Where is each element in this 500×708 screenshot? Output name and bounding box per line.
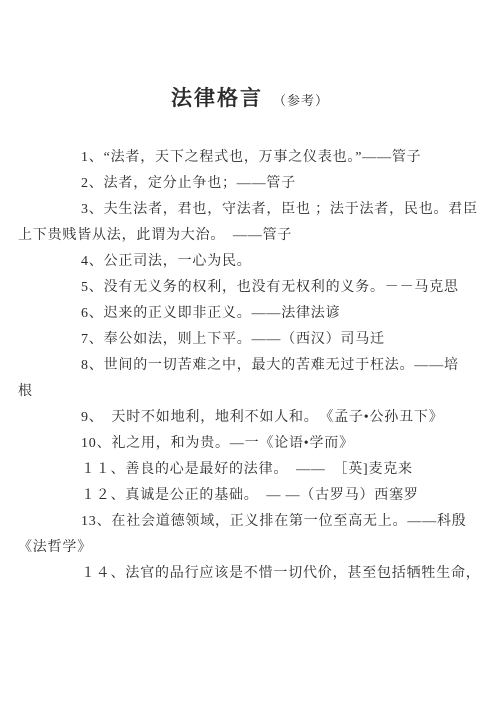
maxim-line-14: １４、法官的品行应该是不惜一切代价，甚至包括牺牲生命， <box>18 561 488 587</box>
maxim-line-10: 10、礼之用，和为贵。—一《论语•学而》 <box>18 431 488 457</box>
maxim-line-4: 4、公正司法，一心为民。 <box>18 249 488 275</box>
maxim-line-5: 5、没有无义务的权利，也没有无权利的义务。－－马克思 <box>18 275 488 301</box>
maxim-line-12: １２、真诚是公正的基础。 — —（古罗马）西塞罗 <box>18 483 488 509</box>
page-title-suffix: （参考） <box>273 93 329 108</box>
document-title: 法律格言（参考） <box>0 86 500 111</box>
document-page: 法律格言（参考） 1、“法者，天下之程式也，万事之仪表也。”——管子 2、法者，… <box>0 0 500 708</box>
maxim-line-8: 8、世间的一切苦难之中，最大的苦难无过于枉法。——培 <box>18 353 488 379</box>
maxim-line-9: 9、 天时不如地利，地利不如人和。 《孟子•公孙丑下》 <box>18 405 488 431</box>
maxim-line-2: 2、法者，定分止争也；——管子 <box>18 171 488 197</box>
maxim-line-3-wrap: 上下贵贱皆从法，此谓为大治。 ——管子 <box>18 223 488 249</box>
maxim-line-3: 3、夫生法者，君也，守法者，臣也 ；法于法者，民也。君臣 <box>18 197 488 223</box>
maxim-line-13: 13、在社会道德领域，正义排在第一位至高无上。——科殷 <box>18 509 488 535</box>
page-title: 法律格言 <box>171 86 263 110</box>
maxim-line-6: 6、迟来的正义即非正义。——法律法谚 <box>18 301 488 327</box>
maxim-list: 1、“法者，天下之程式也，万事之仪表也。”——管子 2、法者，定分止争也；——管… <box>0 145 500 587</box>
maxim-line-1: 1、“法者，天下之程式也，万事之仪表也。”——管子 <box>18 145 488 171</box>
maxim-line-13-wrap: 《法哲学》 <box>18 535 488 561</box>
maxim-line-11: １１、善良的心是最好的法律。 —— ［英]麦克来 <box>18 457 488 483</box>
maxim-line-8-wrap: 根 <box>18 379 488 405</box>
maxim-line-7: 7、奉公如法，则上下平。——（西汉）司马迁 <box>18 327 488 353</box>
